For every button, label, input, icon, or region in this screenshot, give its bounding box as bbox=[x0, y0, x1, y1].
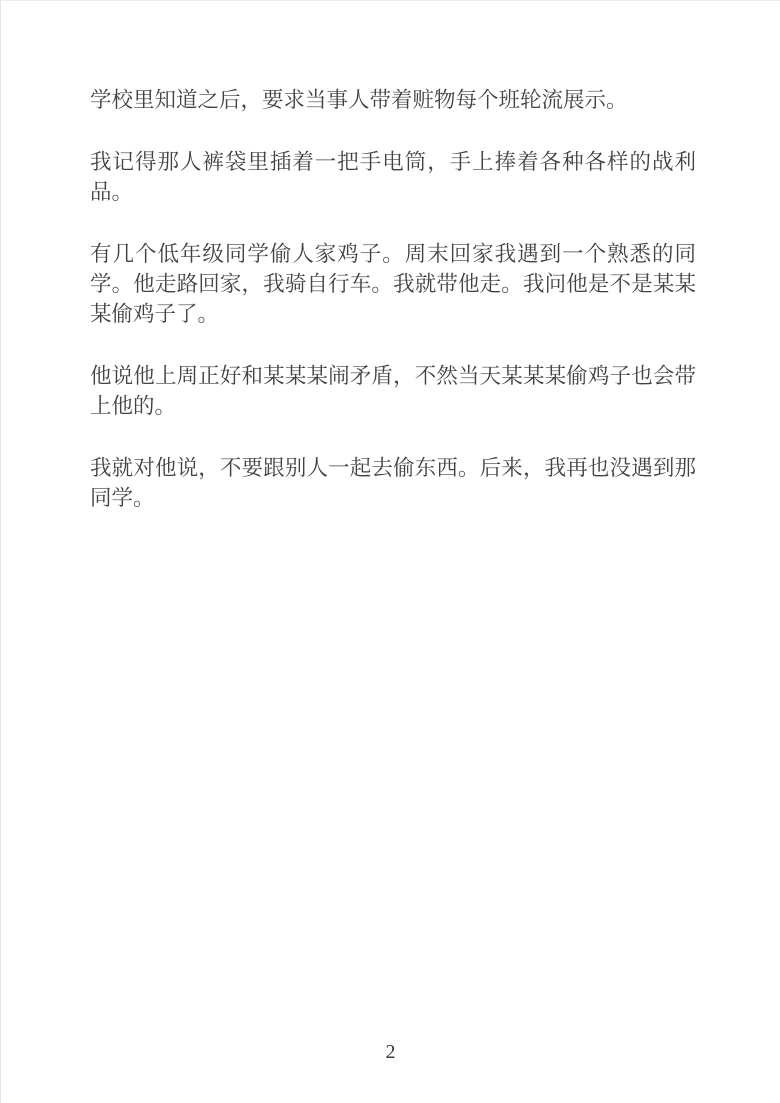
paragraph-4: 他说他上周正好和某某某闹矛盾，不然当天某某某偷鸡子也会带 上他的。 bbox=[90, 361, 696, 421]
page-number: 2 bbox=[1, 1041, 780, 1064]
text-line: 他说他上周正好和某某某闹矛盾，不然当天某某某偷鸡子也会带 bbox=[90, 361, 696, 391]
text-line: 品。 bbox=[90, 177, 696, 207]
text-line: 学校里知道之后，要求当事人带着赃物每个班轮流展示。 bbox=[90, 85, 696, 115]
text-line: 某偷鸡子了。 bbox=[90, 299, 696, 329]
paragraph-5: 我就对他说，不要跟别人一起去偷东西。后来，我再也没遇到那 同学。 bbox=[90, 453, 696, 513]
paragraph-1: 学校里知道之后，要求当事人带着赃物每个班轮流展示。 bbox=[90, 85, 696, 115]
text-line: 上他的。 bbox=[90, 391, 696, 421]
text-line: 同学。 bbox=[90, 483, 696, 513]
page-text-block: 学校里知道之后，要求当事人带着赃物每个班轮流展示。 我记得那人裤袋里插着一把手电… bbox=[90, 85, 696, 545]
text-line: 有几个低年级同学偷人家鸡子。周末回家我遇到一个熟悉的同 bbox=[90, 239, 696, 269]
paragraph-2: 我记得那人裤袋里插着一把手电筒，手上捧着各种各样的战利 品。 bbox=[90, 147, 696, 207]
text-line: 学。他走路回家，我骑自行车。我就带他走。我问他是不是某某 bbox=[90, 269, 696, 299]
paragraph-3: 有几个低年级同学偷人家鸡子。周末回家我遇到一个熟悉的同 学。他走路回家，我骑自行… bbox=[90, 239, 696, 329]
text-line: 我就对他说，不要跟别人一起去偷东西。后来，我再也没遇到那 bbox=[90, 453, 696, 483]
text-line: 我记得那人裤袋里插着一把手电筒，手上捧着各种各样的战利 bbox=[90, 147, 696, 177]
document-page: 学校里知道之后，要求当事人带着赃物每个班轮流展示。 我记得那人裤袋里插着一把手电… bbox=[0, 0, 780, 1103]
